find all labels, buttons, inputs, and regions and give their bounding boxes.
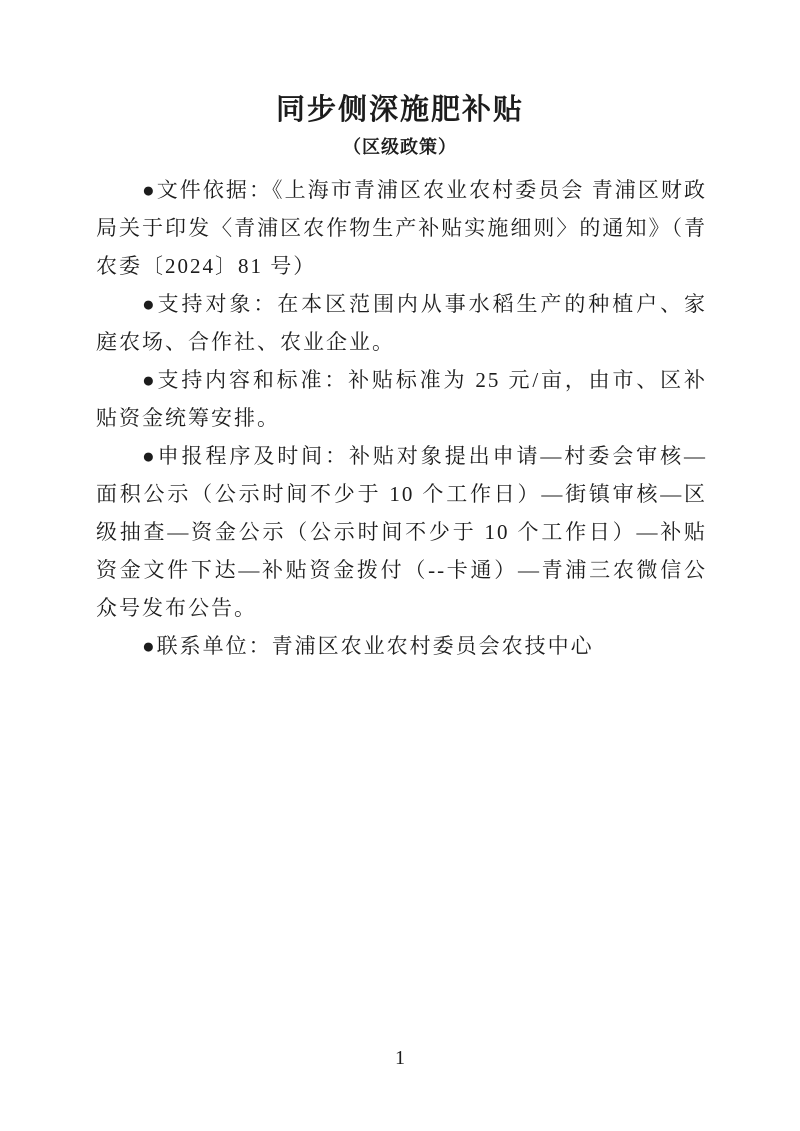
document-body: ●文件依据：《上海市青浦区农业农村委员会 青浦区财政局关于印发〈青浦区农作物生产… (96, 171, 707, 665)
paragraph-file-basis: ●文件依据：《上海市青浦区农业农村委员会 青浦区财政局关于印发〈青浦区农作物生产… (96, 171, 707, 285)
paragraph-application-procedure: ●申报程序及时间：补贴对象提出申请—村委会审核—面积公示（公示时间不少于 10 … (96, 437, 707, 627)
paragraph-support-standard: ●支持内容和标准：补贴标准为 25 元/亩，由市、区补贴资金统筹安排。 (96, 361, 707, 437)
document-page: 同步侧深施肥补贴 （区级政策） ●文件依据：《上海市青浦区农业农村委员会 青浦区… (0, 0, 800, 1131)
paragraph-contact-unit: ●联系单位：青浦区农业农村委员会农技中心 (96, 627, 707, 665)
document-subtitle: （区级政策） (0, 135, 800, 159)
page-number: 1 (0, 1044, 800, 1072)
paragraph-support-targets: ●支持对象：在本区范围内从事水稻生产的种植户、家庭农场、合作社、农业企业。 (96, 285, 707, 361)
document-title: 同步侧深施肥补贴 (0, 90, 800, 130)
